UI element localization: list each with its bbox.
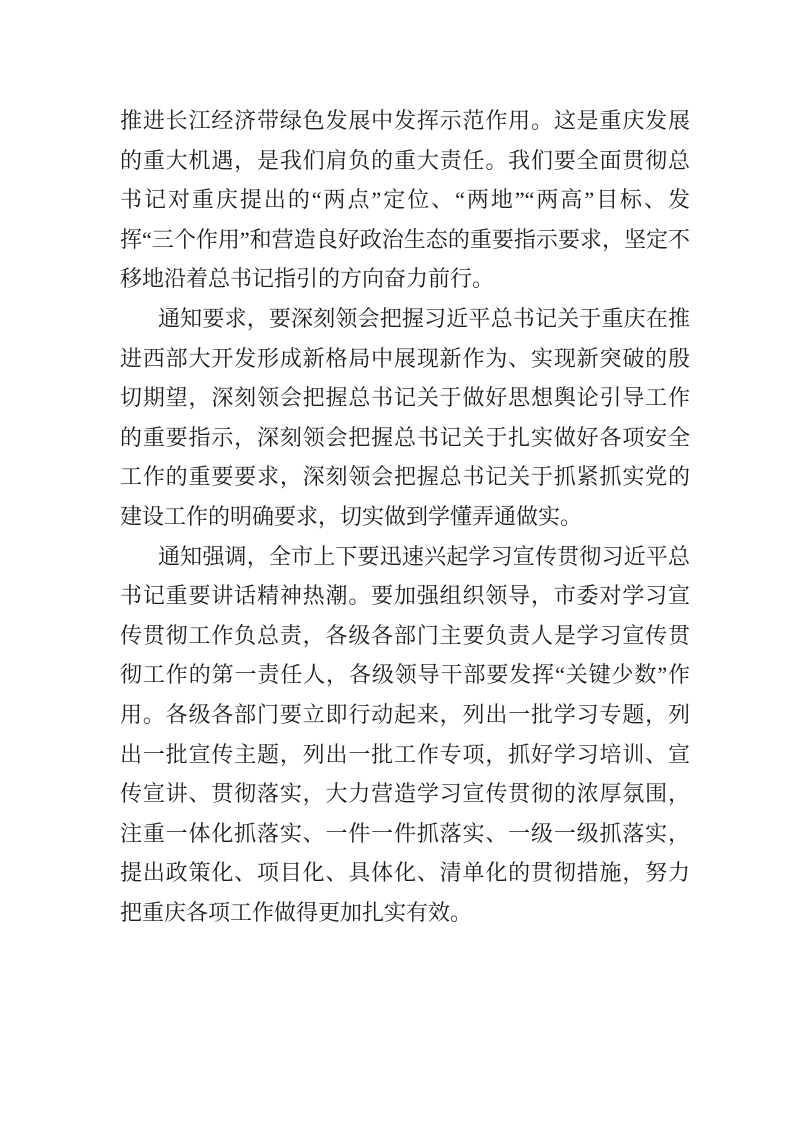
document-body: 推进长江经济带绿色发展中发挥示范作用。这是重庆发展的重大机遇，是我们肩负的重大责…: [120, 101, 690, 932]
paragraph-continuation: 推进长江经济带绿色发展中发挥示范作用。这是重庆发展的重大机遇，是我们肩负的重大责…: [120, 101, 690, 299]
paragraph-notice-requirements: 通知要求，要深刻领会把握习近平总书记关于重庆在推进西部大开发形成新格局中展现新作…: [120, 299, 690, 537]
document-page: 推进长江经济带绿色发展中发挥示范作用。这是重庆发展的重大机遇，是我们肩负的重大责…: [0, 0, 793, 1122]
paragraph-notice-emphasis: 通知强调，全市上下要迅速兴起学习宣传贯彻习近平总书记重要讲话精神热潮。要加强组织…: [120, 537, 690, 933]
